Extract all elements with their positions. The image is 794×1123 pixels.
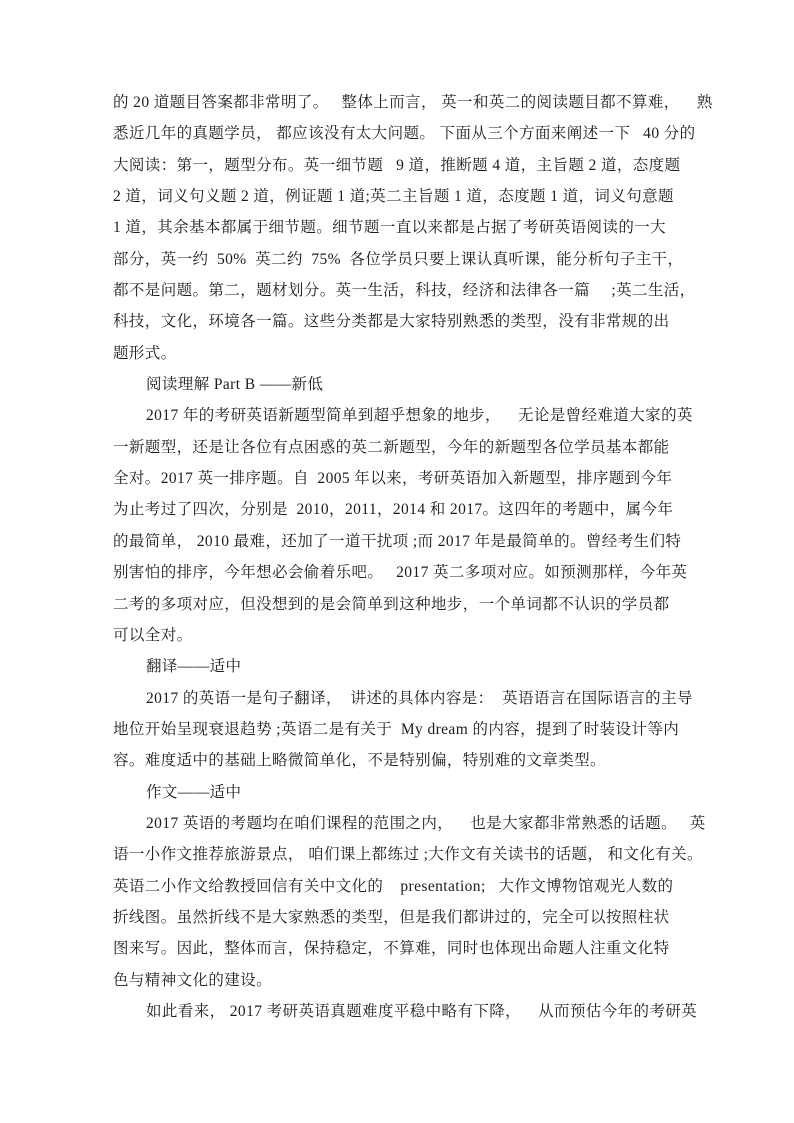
text-line: 可以全对。 <box>113 620 691 651</box>
text-line: 2017 的英语一是句子翻译， 讲述的具体内容是： 英语语言在国际语言的主导 <box>113 683 691 714</box>
text-line: 悉近几年的真题学员， 都应该没有太大问题。 下面从三个方面来阐述一下 40 分的 <box>113 118 691 149</box>
text-line: 题形式。 <box>113 338 691 369</box>
text-line: 阅读理解 Part B ——新低 <box>113 369 691 400</box>
text-line: 二考的多项对应，但没想到的是会简单到这种地步，一个单词都不认识的学员都 <box>113 589 691 620</box>
text-line: 2 道，词义句义题 2 道，例证题 1 道;英二主旨题 1 道，态度题 1 道，… <box>113 181 691 212</box>
text-line: 别害怕的排序，今年想必会偷着乐吧。 2017 英二多项对应。如预测那样，今年英 <box>113 557 691 588</box>
text-line: 2017 英语的考题均在咱们课程的范围之内， 也是大家都非常熟悉的话题。 英 <box>113 808 691 839</box>
document-page: 的 20 道题目答案都非常明了。 整体上而言， 英一和英二的阅读题目都不算难， … <box>0 0 794 1123</box>
text-line: 色与精神文化的建设。 <box>113 965 691 996</box>
text-line: 作文——适中 <box>113 777 691 808</box>
text-line: 语一小作文推荐旅游景点， 咱们课上都练过 ;大作文有关读书的话题， 和文化有关。 <box>113 839 691 870</box>
text-line: 科技，文化，环境各一篇。这些分类都是大家特别熟悉的类型，没有非常规的出 <box>113 306 691 337</box>
text-line: 容。难度适中的基础上略微简单化，不是特别偏，特别难的文章类型。 <box>113 745 691 776</box>
text-line: 图来写。因此，整体而言，保持稳定，不算难，同时也体现出命题人注重文化特 <box>113 933 691 964</box>
text-block: 的 20 道题目答案都非常明了。 整体上而言， 英一和英二的阅读题目都不算难， … <box>113 87 691 1027</box>
text-line: 全对。2017 英一排序题。自 2005 年以来，考研英语加入新题型，排序题到今… <box>113 463 691 494</box>
text-line: 折线图。虽然折线不是大家熟悉的类型，但是我们都讲过的，完全可以按照柱状 <box>113 902 691 933</box>
text-line: 大阅读：第一，题型分布。英一细节题 9 道，推断题 4 道，主旨题 2 道，态度… <box>113 150 691 181</box>
text-line: 部分，英一约 50% 英二约 75% 各位学员只要上课认真听课，能分析句子主干， <box>113 244 691 275</box>
text-line: 2017 年的考研英语新题型简单到超乎想象的地步， 无论是曾经难道大家的英 <box>113 400 691 431</box>
text-line: 的 20 道题目答案都非常明了。 整体上而言， 英一和英二的阅读题目都不算难， … <box>113 87 691 118</box>
text-line: 的最简单， 2010 最难，还加了一道干扰项 ;而 2017 年是最简单的。曾经… <box>113 526 691 557</box>
text-line: 都不是问题。第二，题材划分。英一生活，科技，经济和法律各一篇 ;英二生活， <box>113 275 691 306</box>
text-line: 为止考过了四次，分别是 2010，2011，2014 和 2017。这四年的考题… <box>113 494 691 525</box>
text-line: 地位开始呈现衰退趋势 ;英语二是有关于 My dream 的内容，提到了时装设计… <box>113 714 691 745</box>
text-line: 英语二小作文给教授回信有关中文化的 presentation; 大作文博物馆观光… <box>113 871 691 902</box>
text-line: 翻译——适中 <box>113 651 691 682</box>
text-line: 一新题型，还是让各位有点困惑的英二新题型，今年的新题型各位学员基本都能 <box>113 432 691 463</box>
text-line: 如此看来， 2017 考研英语真题难度平稳中略有下降， 从而预估今年的考研英 <box>113 996 691 1027</box>
text-line: 1 道，其余基本都属于细节题。细节题一直以来都是占据了考研英语阅读的一大 <box>113 212 691 243</box>
